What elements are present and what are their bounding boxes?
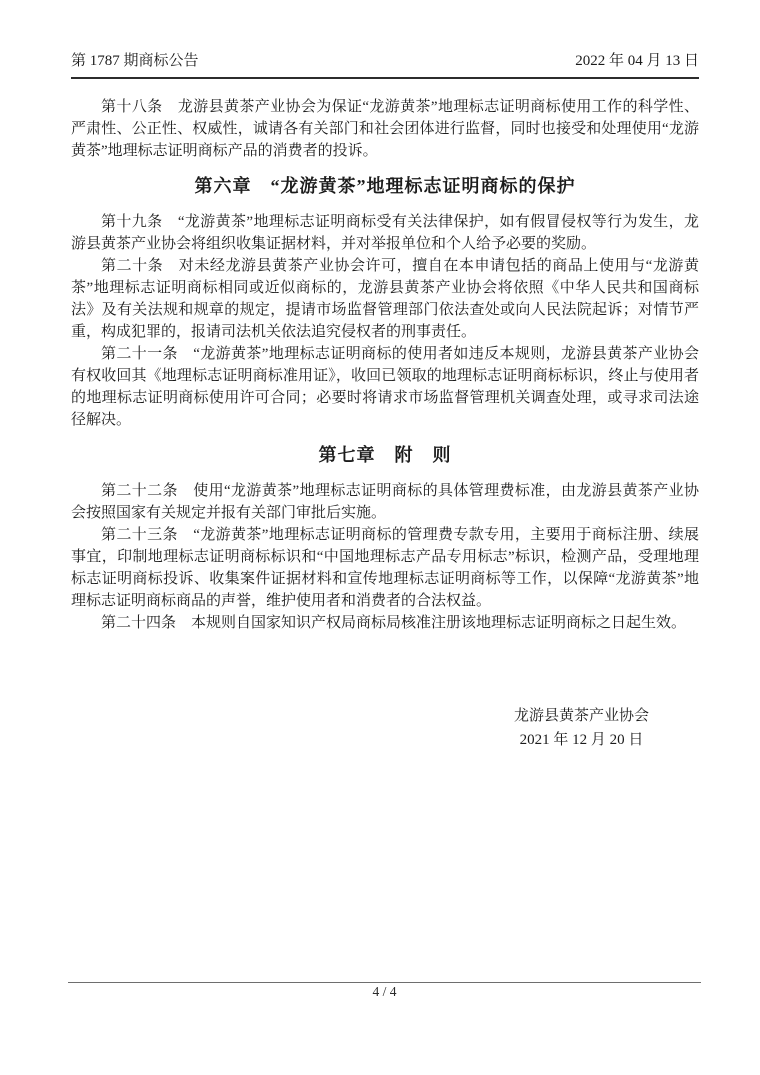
footer-divider	[68, 982, 701, 983]
article-24: 第二十四条 本规则自国家知识产权局商标局核准注册该地理标志证明商标之日起生效。	[71, 612, 699, 634]
gazette-issue-label: 第 1787 期商标公告	[71, 51, 199, 72]
chapter-7-heading: 第七章 附 则	[71, 443, 699, 467]
page-footer: 4 / 4	[68, 982, 701, 1001]
signature-block: 龙游县黄茶产业协会 2021 年 12 月 20 日	[71, 704, 699, 752]
gazette-date-label: 2022 年 04 月 13 日	[575, 51, 699, 72]
page-number: 4 / 4	[372, 984, 396, 1000]
article-21: 第二十一条 “龙游黄茶”地理标志证明商标的使用者如违反本规则，龙游县黄茶产业协会…	[71, 343, 699, 431]
page-margins: 第 1787 期商标公告 2022 年 04 月 13 日 第十八条 龙游县黄茶…	[0, 0, 760, 752]
page-header: 第 1787 期商标公告 2022 年 04 月 13 日	[71, 0, 699, 72]
signature-inner: 龙游县黄茶产业协会 2021 年 12 月 20 日	[514, 704, 649, 752]
article-18: 第十八条 龙游县黄茶产业协会为保证“龙游黄茶”地理标志证明商标使用工作的科学性、…	[71, 96, 699, 162]
chapter-6-heading: 第六章 “龙游黄茶”地理标志证明商标的保护	[71, 174, 699, 198]
signature-date: 2021 年 12 月 20 日	[514, 728, 649, 752]
article-22: 第二十二条 使用“龙游黄茶”地理标志证明商标的具体管理费标准，由龙游县黄茶产业协…	[71, 480, 699, 524]
article-20: 第二十条 对未经龙游县黄茶产业协会许可，擅自在本申请包括的商品上使用与“龙游黄茶…	[71, 255, 699, 343]
document-body: 第十八条 龙游县黄茶产业协会为保证“龙游黄茶”地理标志证明商标使用工作的科学性、…	[71, 79, 699, 752]
gazette-page: 第 1787 期商标公告 2022 年 04 月 13 日 第十八条 龙游县黄茶…	[0, 0, 760, 1075]
article-19: 第十九条 “龙游黄茶”地理标志证明商标受有关法律保护，如有假冒侵权等行为发生，龙…	[71, 211, 699, 255]
signature-organization: 龙游县黄茶产业协会	[514, 704, 649, 728]
article-23: 第二十三条 “龙游黄茶”地理标志证明商标的管理费专款专用，主要用于商标注册、续展…	[71, 524, 699, 612]
